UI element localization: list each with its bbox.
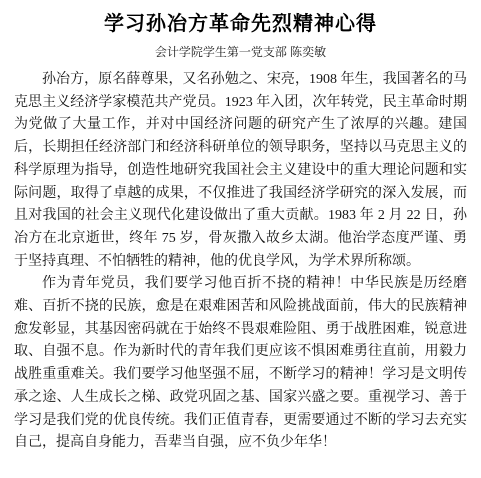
document-body: 孙冶方，原名薛尊果，又名孙勉之、宋亮，1908 年生，我国著名的马克思主义经济学… (14, 69, 467, 455)
paragraph-2: 作为青年党员，我们要学习他百折不挠的精神！中华民族是历经磨难、百折不挠的民族，愈… (14, 273, 467, 455)
document-byline: 会计学院学生第一党支部 陈奕敏 (14, 44, 467, 60)
document-title: 学习孙冶方革命先烈精神心得 (14, 10, 467, 36)
paragraph-1: 孙冶方，原名薛尊果，又名孙勉之、宋亮，1908 年生，我国著名的马克思主义经济学… (14, 69, 467, 273)
document-page: 学习孙冶方革命先烈精神心得 会计学院学生第一党支部 陈奕敏 孙冶方，原名薛尊果，… (0, 0, 481, 478)
